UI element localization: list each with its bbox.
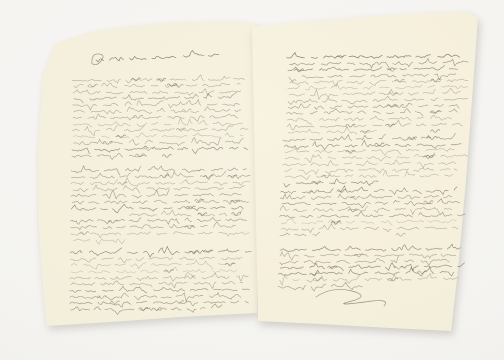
handwriting-ink-overlay: [0, 0, 504, 360]
manuscript-page-right: [0, 0, 504, 360]
manuscript-page-left: [0, 0, 504, 360]
manuscript-photo: [0, 0, 504, 360]
left-page-shadow: [0, 0, 504, 360]
right-page-shadow: [0, 0, 504, 360]
